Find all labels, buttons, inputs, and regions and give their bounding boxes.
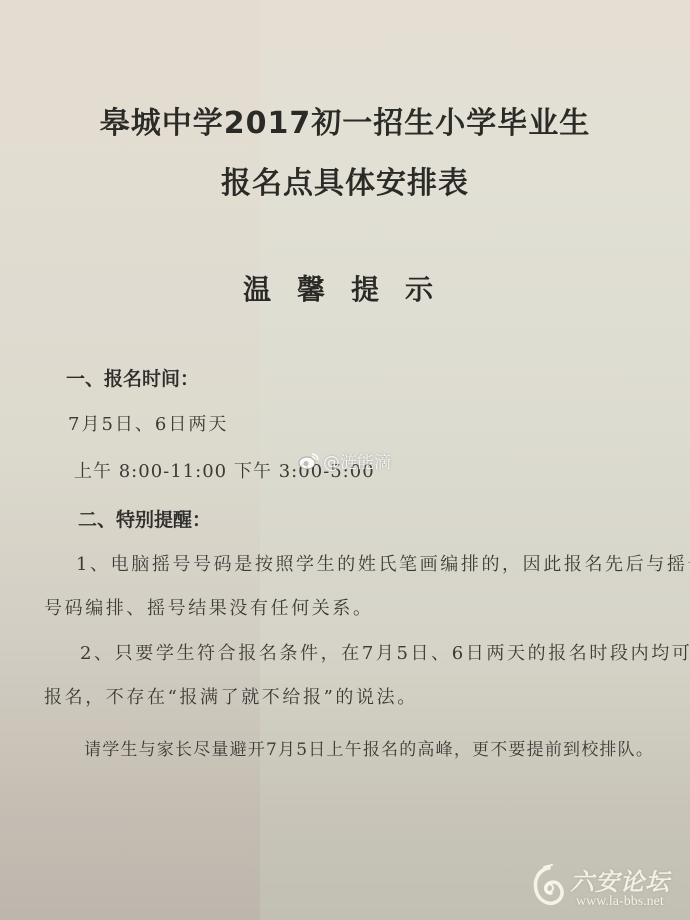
reminder-1-line-2: 号码编排、摇号结果没有任何关系。 xyxy=(44,594,374,620)
title-line-2: 报名点具体安排表 xyxy=(0,158,690,202)
weibo-logo-icon xyxy=(298,451,320,471)
forum-watermark: 六安论坛 www.la-bbs.net xyxy=(532,862,682,916)
reminder-2-line-2: 报名，不存在“报满了就不给报”的说法。 xyxy=(44,683,418,709)
weibo-handle: @涟能滴 xyxy=(323,448,391,473)
section-1-heading: 一、报名时间： xyxy=(66,364,199,391)
forum-logo-icon xyxy=(532,864,566,912)
weibo-watermark: @涟能滴 xyxy=(298,448,391,473)
reminder-1-line-1: 1、电脑摇号号码是按照学生的姓氏笔画编排的，因此报名先后与摇号 xyxy=(76,550,690,576)
notice-heading: 温馨提示 xyxy=(0,268,690,308)
forum-url: www.la-bbs.net xyxy=(576,894,664,910)
forum-name: 六安论坛 xyxy=(570,862,670,897)
morning-hours: 上午 8:00-11:00 xyxy=(74,457,227,483)
title-line-1: 皋城中学2017初一招生小学毕业生 xyxy=(0,98,690,142)
advice-line: 请学生与家长尽量避开7月5日上午报名的高峰，更不要提前到校排队。 xyxy=(84,735,654,760)
section-2-heading: 二、特别提醒： xyxy=(78,505,211,532)
reminder-2-line-1: 2、只要学生符合报名条件，在7月5日、6日两天的报名时段内均可 xyxy=(80,639,690,665)
registration-dates: 7月5日、6日两天 xyxy=(68,410,228,436)
